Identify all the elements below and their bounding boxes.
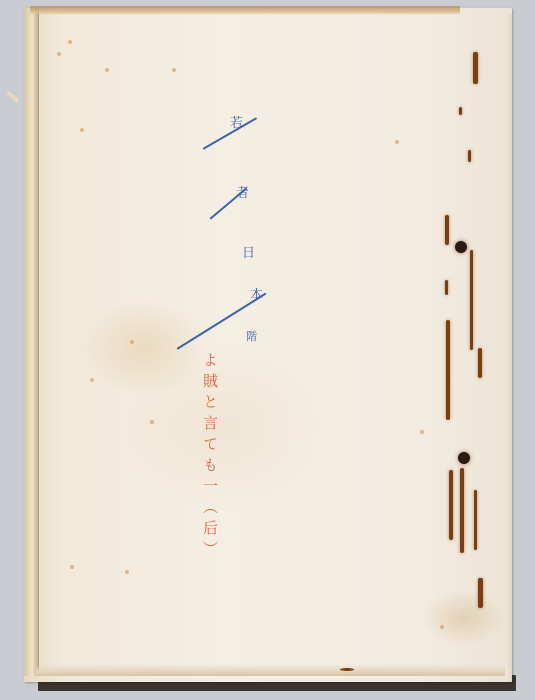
title-char-1: 若 [230,112,243,131]
foxing-spot [130,340,134,344]
rust-stain [473,52,478,84]
foxing-spot [420,430,424,434]
spine-fold [24,8,39,676]
rust-stain [478,348,482,378]
foxing-spot [172,68,176,72]
rust-stain [459,107,462,115]
foxing-spot [150,420,154,424]
rust-stain [470,250,473,350]
title-char-2: 者 [236,182,249,201]
foxing-spot [80,128,84,132]
binding-hole [458,452,470,464]
rust-stain [449,470,453,540]
title-char-3: 日 [242,242,255,261]
foxing-spot [70,565,74,569]
bottom-edge [36,664,512,676]
foxing-spot [68,40,72,44]
rust-stain [460,468,464,553]
torn-tab [6,91,19,103]
manuscript-cover [24,8,512,682]
red-subtitle: よ賊と言ても一（后） [200,352,222,562]
foxing-spot [395,140,399,144]
title-char-4: 本 [250,284,263,303]
foxing-spot [340,668,354,671]
rust-stain [446,320,450,420]
binding-hole [455,241,467,253]
foxing-spot [125,570,129,574]
foxing-spot [90,378,94,382]
rust-stain [474,490,477,550]
rust-stain [445,215,449,245]
right-edge [505,14,512,682]
rust-stain [445,280,448,295]
foxing-spot [105,68,109,72]
rust-stain [468,150,471,162]
rust-stain [478,578,483,608]
title-suffix: 階 [246,328,257,344]
top-edge-stain [30,6,460,15]
foxing-spot [440,625,444,629]
foxing-spot [57,52,61,56]
